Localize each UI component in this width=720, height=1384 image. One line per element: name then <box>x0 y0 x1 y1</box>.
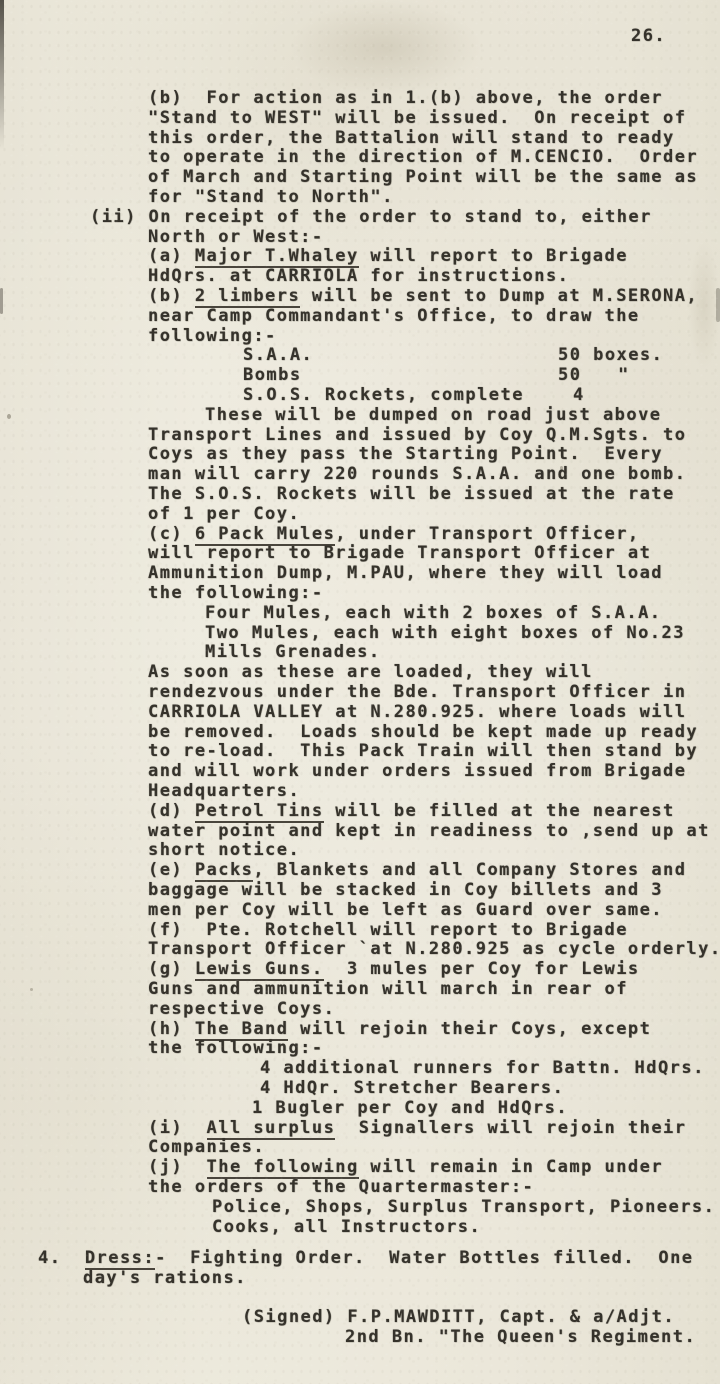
line-text: the following:- <box>148 584 324 604</box>
text-segment: (j) <box>148 1157 207 1177</box>
line-text: Transport Officer `at N.280.925 as cycle… <box>148 940 720 960</box>
line-text: the orders of the Quartermaster:- <box>148 1178 534 1198</box>
line-text: (a) Major T.Whaley will report to Brigad… <box>148 247 628 267</box>
underlined-text: Packs <box>195 860 254 882</box>
doc-line: The S.O.S. Rockets will be issued at the… <box>0 485 720 505</box>
text-segment: North or West:- <box>148 227 324 247</box>
text-segment: S.O.S. Rockets, complete <box>243 385 524 405</box>
text-segment: Signallers will rejoin their <box>335 1118 686 1138</box>
text-segment: near Camp Commandant's Office, to draw t… <box>148 306 640 326</box>
doc-line: water point and kept in readiness to ,se… <box>0 822 720 842</box>
document-body: (b) For action as in 1.(b) above, the or… <box>0 0 720 1384</box>
text-segment: men per Coy will be left as Guard over s… <box>148 900 663 920</box>
doc-line: Guns and ammunition will march in rear o… <box>0 980 720 1000</box>
line-text: day's rations. <box>83 1269 247 1289</box>
doc-line: near Camp Commandant's Office, to draw t… <box>0 307 720 327</box>
line-text: These will be dumped on road just above <box>205 406 662 426</box>
line-text: (Signed) F.P.MAWDITT, Capt. & a/Adjt. <box>242 1308 675 1328</box>
doc-line: (b) For action as in 1.(b) above, the or… <box>0 89 720 109</box>
doc-line: Cooks, all Instructors. <box>0 1218 720 1238</box>
line-text: Guns and ammunition will march in rear o… <box>148 980 628 1000</box>
text-segment: 4 <box>573 386 585 406</box>
text-segment: (Signed) F.P.MAWDITT, Capt. & a/Adjt. <box>242 1307 675 1327</box>
text-segment: The S.O.S. Rockets will be issued at the… <box>148 484 675 504</box>
text-segment: be removed. Loads should be kept made up… <box>148 722 698 742</box>
doc-line: Headquarters. <box>0 782 720 802</box>
line-text: S.A.A. <box>243 346 313 366</box>
text-segment: (a) <box>148 246 195 266</box>
doc-line: Coys as they pass the Starting Point. Ev… <box>0 445 720 465</box>
line-text: following:- <box>148 327 277 347</box>
doc-line: (Signed) F.P.MAWDITT, Capt. & a/Adjt. <box>0 1308 720 1328</box>
line-text: (b) For action as in 1.(b) above, the or… <box>148 89 663 109</box>
doc-line: following:- <box>0 327 720 347</box>
line-text: CARRIOLA VALLEY at N.280.925. where load… <box>148 703 686 723</box>
line-text: Ammunition Dump, M.PAU, where they will … <box>148 564 663 584</box>
line-text: will report to Brigade Transport Officer… <box>148 544 651 564</box>
text-segment: 50 <box>558 366 581 386</box>
line-text: (ii) On receipt of the order to stand to… <box>90 208 652 228</box>
doc-line: to operate in the direction of M.CENCIO.… <box>0 148 720 168</box>
text-segment: 4 additional runners for Battn. HdQrs. <box>260 1058 705 1078</box>
doc-line: (c) 6 Pack Mules, under Transport Office… <box>0 525 720 545</box>
text-segment: These will be dumped on road just above <box>205 405 662 425</box>
line-text: to operate in the direction of M.CENCIO.… <box>148 148 698 168</box>
underlined-text: Petrol Tins <box>195 801 324 823</box>
doc-line: this order, the Battalion will stand to … <box>0 129 720 149</box>
text-segment: will report to Brigade Transport Officer… <box>148 543 651 563</box>
doc-line: (b) 2 limbers will be sent to Dump at M.… <box>0 287 720 307</box>
line-text: Cooks, all Instructors. <box>212 1218 481 1238</box>
doc-line: the orders of the Quartermaster:- <box>0 1178 720 1198</box>
line-text: (j) The following will remain in Camp un… <box>148 1158 663 1178</box>
text-segment: the orders of the Quartermaster:- <box>148 1177 534 1197</box>
text-segment: the following:- <box>148 583 324 603</box>
doc-line: (j) The following will remain in Camp un… <box>0 1158 720 1178</box>
text-segment: (b) For action as in 1.(b) above, the or… <box>148 88 663 108</box>
text-segment: (b) <box>148 286 195 306</box>
line-text: 4. Dress:- Fighting Order. Water Bottles… <box>38 1249 694 1269</box>
text-segment: Ammunition Dump, M.PAU, where they will … <box>148 563 663 583</box>
text-segment: to operate in the direction of M.CENCIO.… <box>148 147 698 167</box>
doc-line: be removed. Loads should be kept made up… <box>0 723 720 743</box>
doc-line: (g) Lewis Guns. 3 mules per Coy for Lewi… <box>0 960 720 980</box>
doc-line: As soon as these are loaded, they will <box>0 663 720 683</box>
text-segment: Four Mules, each with 2 boxes of S.A.A. <box>205 603 662 623</box>
line-text: water point and kept in readiness to ,se… <box>148 822 710 842</box>
doc-line: (f) Pte. Rotchell will report to Brigade <box>0 921 720 941</box>
doc-line: the following:- <box>0 584 720 604</box>
line-text: men per Coy will be left as Guard over s… <box>148 901 663 921</box>
doc-line: day's rations. <box>0 1269 720 1289</box>
line-text: respective Coys. <box>148 1000 335 1020</box>
text-segment: 4 HdQr. Stretcher Bearers. <box>260 1078 564 1098</box>
doc-line: (a) Major T.Whaley will report to Brigad… <box>0 247 720 267</box>
line-text: rendezvous under the Bde. Transport Offi… <box>148 683 686 703</box>
text-segment: of 1 per Coy. <box>148 504 300 524</box>
line-text: 1 Bugler per Coy and HdQrs. <box>252 1099 568 1119</box>
text-segment: S.A.A. <box>243 345 313 365</box>
line-text: Mills Grenades. <box>205 643 381 663</box>
text-segment: "Stand to WEST" will be issued. On recei… <box>148 108 686 128</box>
text-segment: (d) <box>148 801 195 821</box>
line-text: 4 additional runners for Battn. HdQrs. <box>260 1059 705 1079</box>
line-text: (b) 2 limbers will be sent to Dump at M.… <box>148 287 698 307</box>
text-segment: 4. <box>38 1248 85 1268</box>
doc-line: 4 HdQr. Stretcher Bearers. <box>0 1079 720 1099</box>
line-text: near Camp Commandant's Office, to draw t… <box>148 307 640 327</box>
doc-line: men per Coy will be left as Guard over s… <box>0 901 720 921</box>
line-text: short notice. <box>148 841 300 861</box>
doc-line: Ammunition Dump, M.PAU, where they will … <box>0 564 720 584</box>
text-segment: 3 mules per Coy for Lewis <box>324 959 640 979</box>
line-text: Police, Shops, Surplus Transport, Pionee… <box>212 1198 715 1218</box>
text-segment: will be filled at the nearest <box>324 801 675 821</box>
text-segment: 50 boxes. <box>558 346 663 366</box>
document-page: 26. (b) For action as in 1.(b) above, th… <box>0 0 720 1384</box>
doc-line: (h) The Band will rejoin their Coys, exc… <box>0 1020 720 1040</box>
text-segment: - Fighting Order. Water Bottles filled. … <box>155 1248 693 1268</box>
doc-line: Bombs50" <box>0 366 720 386</box>
line-text: (i) All surplus Signallers will rejoin t… <box>148 1119 686 1139</box>
text-segment: Police, Shops, Surplus Transport, Pionee… <box>212 1197 715 1217</box>
doc-line: 1 Bugler per Coy and HdQrs. <box>0 1099 720 1119</box>
line-text: (e) Packs, Blankets and all Company Stor… <box>148 861 686 881</box>
doc-line: Two Mules, each with eight boxes of No.2… <box>0 624 720 644</box>
doc-line: Mills Grenades. <box>0 643 720 663</box>
line-text: "Stand to WEST" will be issued. On recei… <box>148 109 686 129</box>
text-segment: baggage will be stacked in Coy billets a… <box>148 880 663 900</box>
text-segment: will report to Brigade <box>359 246 628 266</box>
text-segment: Companies. <box>148 1137 265 1157</box>
text-segment: (i) <box>148 1118 207 1138</box>
doc-line: Transport Lines and issued by Coy Q.M.Sg… <box>0 426 720 446</box>
doc-line: Companies. <box>0 1138 720 1158</box>
line-text: Companies. <box>148 1138 265 1158</box>
text-segment: of March and Starting Point will be the … <box>148 167 698 187</box>
text-segment: Transport Officer `at N.280.925 as cycle… <box>148 939 720 959</box>
doc-line: 4 additional runners for Battn. HdQrs. <box>0 1059 720 1079</box>
text-segment: Headquarters. <box>148 781 300 801</box>
line-text: 2nd Bn. "The Queen's Regiment. <box>345 1328 696 1348</box>
line-text: to re-load. This Pack Train will then st… <box>148 742 698 762</box>
text-segment: CARRIOLA VALLEY at N.280.925. where load… <box>148 702 686 722</box>
doc-line: will report to Brigade Transport Officer… <box>0 544 720 564</box>
doc-line: S.O.S. Rockets, complete4 <box>0 386 720 406</box>
line-text: (f) Pte. Rotchell will report to Brigade <box>148 921 628 941</box>
text-segment: water point and kept in readiness to ,se… <box>148 821 710 841</box>
line-text: North or West:- <box>148 228 324 248</box>
doc-line: of March and Starting Point will be the … <box>0 168 720 188</box>
line-text: this order, the Battalion will stand to … <box>148 129 675 149</box>
line-text: As soon as these are loaded, they will <box>148 663 593 683</box>
line-text: of 1 per Coy. <box>148 505 300 525</box>
underlined-text: 2 limbers <box>195 286 300 308</box>
text-segment: Mills Grenades. <box>205 642 381 662</box>
text-segment: this order, the Battalion will stand to … <box>148 128 675 148</box>
line-text: Coys as they pass the Starting Point. Ev… <box>148 445 663 465</box>
line-text: HdQrs. at CARRIOLA for instructions. <box>148 267 569 287</box>
line-text: man will carry 220 rounds S.A.A. and one… <box>148 465 686 485</box>
doc-line: for "Stand to North". <box>0 188 720 208</box>
text-segment: (c) <box>148 524 195 544</box>
text-segment: , under Transport Officer, <box>335 524 639 544</box>
text-segment: to re-load. This Pack Train will then st… <box>148 741 698 761</box>
line-text: Bombs <box>243 366 302 386</box>
text-segment: Coys as they pass the Starting Point. Ev… <box>148 444 663 464</box>
text-segment: following:- <box>148 326 277 346</box>
line-text: (c) 6 Pack Mules, under Transport Office… <box>148 525 640 545</box>
doc-line: 4. Dress:- Fighting Order. Water Bottles… <box>0 1249 720 1269</box>
doc-line: HdQrs. at CARRIOLA for instructions. <box>0 267 720 287</box>
text-segment: " <box>618 366 630 386</box>
doc-line: 2nd Bn. "The Queen's Regiment. <box>0 1328 720 1348</box>
text-segment: and will work under orders issued from B… <box>148 761 686 781</box>
line-text: and will work under orders issued from B… <box>148 762 686 782</box>
line-text: (d) Petrol Tins will be filled at the ne… <box>148 802 675 822</box>
text-segment: man will carry 220 rounds S.A.A. and one… <box>148 464 686 484</box>
text-segment: will be sent to Dump at M.SERONA, <box>300 286 698 306</box>
doc-line: to re-load. This Pack Train will then st… <box>0 742 720 762</box>
text-segment: respective Coys. <box>148 999 335 1019</box>
text-segment: (g) <box>148 959 195 979</box>
text-segment: As soon as these are loaded, they will <box>148 662 593 682</box>
doc-line: S.A.A.50 boxes. <box>0 346 720 366</box>
doc-line: and will work under orders issued from B… <box>0 762 720 782</box>
text-segment: will remain in Camp under <box>359 1157 663 1177</box>
line-text: Four Mules, each with 2 boxes of S.A.A. <box>205 604 662 624</box>
doc-line: (i) All surplus Signallers will rejoin t… <box>0 1119 720 1139</box>
underlined-text: Lewis Guns. <box>195 959 324 981</box>
line-text: (h) The Band will rejoin their Coys, exc… <box>148 1020 651 1040</box>
text-segment: Cooks, all Instructors. <box>212 1217 481 1237</box>
text-segment: Transport Lines and issued by Coy Q.M.Sg… <box>148 425 686 445</box>
text-segment: (ii) On receipt of the order to stand to… <box>90 207 652 227</box>
doc-line: Police, Shops, Surplus Transport, Pionee… <box>0 1198 720 1218</box>
text-segment: HdQrs. at CARRIOLA for instructions. <box>148 266 569 286</box>
text-segment: Guns and ammunition will march in rear o… <box>148 979 628 999</box>
text-segment: the following:- <box>148 1038 324 1058</box>
text-segment: short notice. <box>148 840 300 860</box>
doc-line: (e) Packs, Blankets and all Company Stor… <box>0 861 720 881</box>
text-segment: (f) Pte. Rotchell will report to Brigade <box>148 920 628 940</box>
doc-line: of 1 per Coy. <box>0 505 720 525</box>
doc-line: CARRIOLA VALLEY at N.280.925. where load… <box>0 703 720 723</box>
text-segment: 2nd Bn. "The Queen's Regiment. <box>345 1327 696 1347</box>
text-segment: rendezvous under the Bde. Transport Offi… <box>148 682 686 702</box>
text-segment: (e) <box>148 860 195 880</box>
line-text: (g) Lewis Guns. 3 mules per Coy for Lewi… <box>148 960 640 980</box>
underlined-text: Dress: <box>85 1248 155 1270</box>
text-segment: for "Stand to North". <box>148 187 394 207</box>
doc-line: Four Mules, each with 2 boxes of S.A.A. <box>0 604 720 624</box>
line-text: Two Mules, each with eight boxes of No.2… <box>205 624 685 644</box>
doc-line: the following:- <box>0 1039 720 1059</box>
doc-line: short notice. <box>0 841 720 861</box>
doc-line: Transport Officer `at N.280.925 as cycle… <box>0 940 720 960</box>
line-text: The S.O.S. Rockets will be issued at the… <box>148 485 675 505</box>
doc-line: North or West:- <box>0 228 720 248</box>
doc-line: man will carry 220 rounds S.A.A. and one… <box>0 465 720 485</box>
doc-line: (d) Petrol Tins will be filled at the ne… <box>0 802 720 822</box>
doc-line: (ii) On receipt of the order to stand to… <box>0 208 720 228</box>
doc-line: "Stand to WEST" will be issued. On recei… <box>0 109 720 129</box>
text-segment: Bombs <box>243 365 302 385</box>
underlined-text: The following <box>207 1157 359 1179</box>
line-text: for "Stand to North". <box>148 188 394 208</box>
line-text: 4 HdQr. Stretcher Bearers. <box>260 1079 564 1099</box>
text-segment: (h) <box>148 1019 195 1039</box>
line-text: of March and Starting Point will be the … <box>148 168 698 188</box>
text-segment: , Blankets and all Company Stores and <box>253 860 686 880</box>
line-text: be removed. Loads should be kept made up… <box>148 723 698 743</box>
text-segment: day's rations. <box>83 1268 247 1288</box>
line-text: S.O.S. Rockets, complete <box>243 386 524 406</box>
text-segment: Two Mules, each with eight boxes of No.2… <box>205 623 685 643</box>
text-segment: will rejoin their Coys, except <box>288 1019 651 1039</box>
line-text: baggage will be stacked in Coy billets a… <box>148 881 663 901</box>
doc-line: baggage will be stacked in Coy billets a… <box>0 881 720 901</box>
doc-line: rendezvous under the Bde. Transport Offi… <box>0 683 720 703</box>
doc-line: These will be dumped on road just above <box>0 406 720 426</box>
line-text: Headquarters. <box>148 782 300 802</box>
line-text: the following:- <box>148 1039 324 1059</box>
doc-line: respective Coys. <box>0 1000 720 1020</box>
text-segment: 1 Bugler per Coy and HdQrs. <box>252 1098 568 1118</box>
line-text: Transport Lines and issued by Coy Q.M.Sg… <box>148 426 686 446</box>
